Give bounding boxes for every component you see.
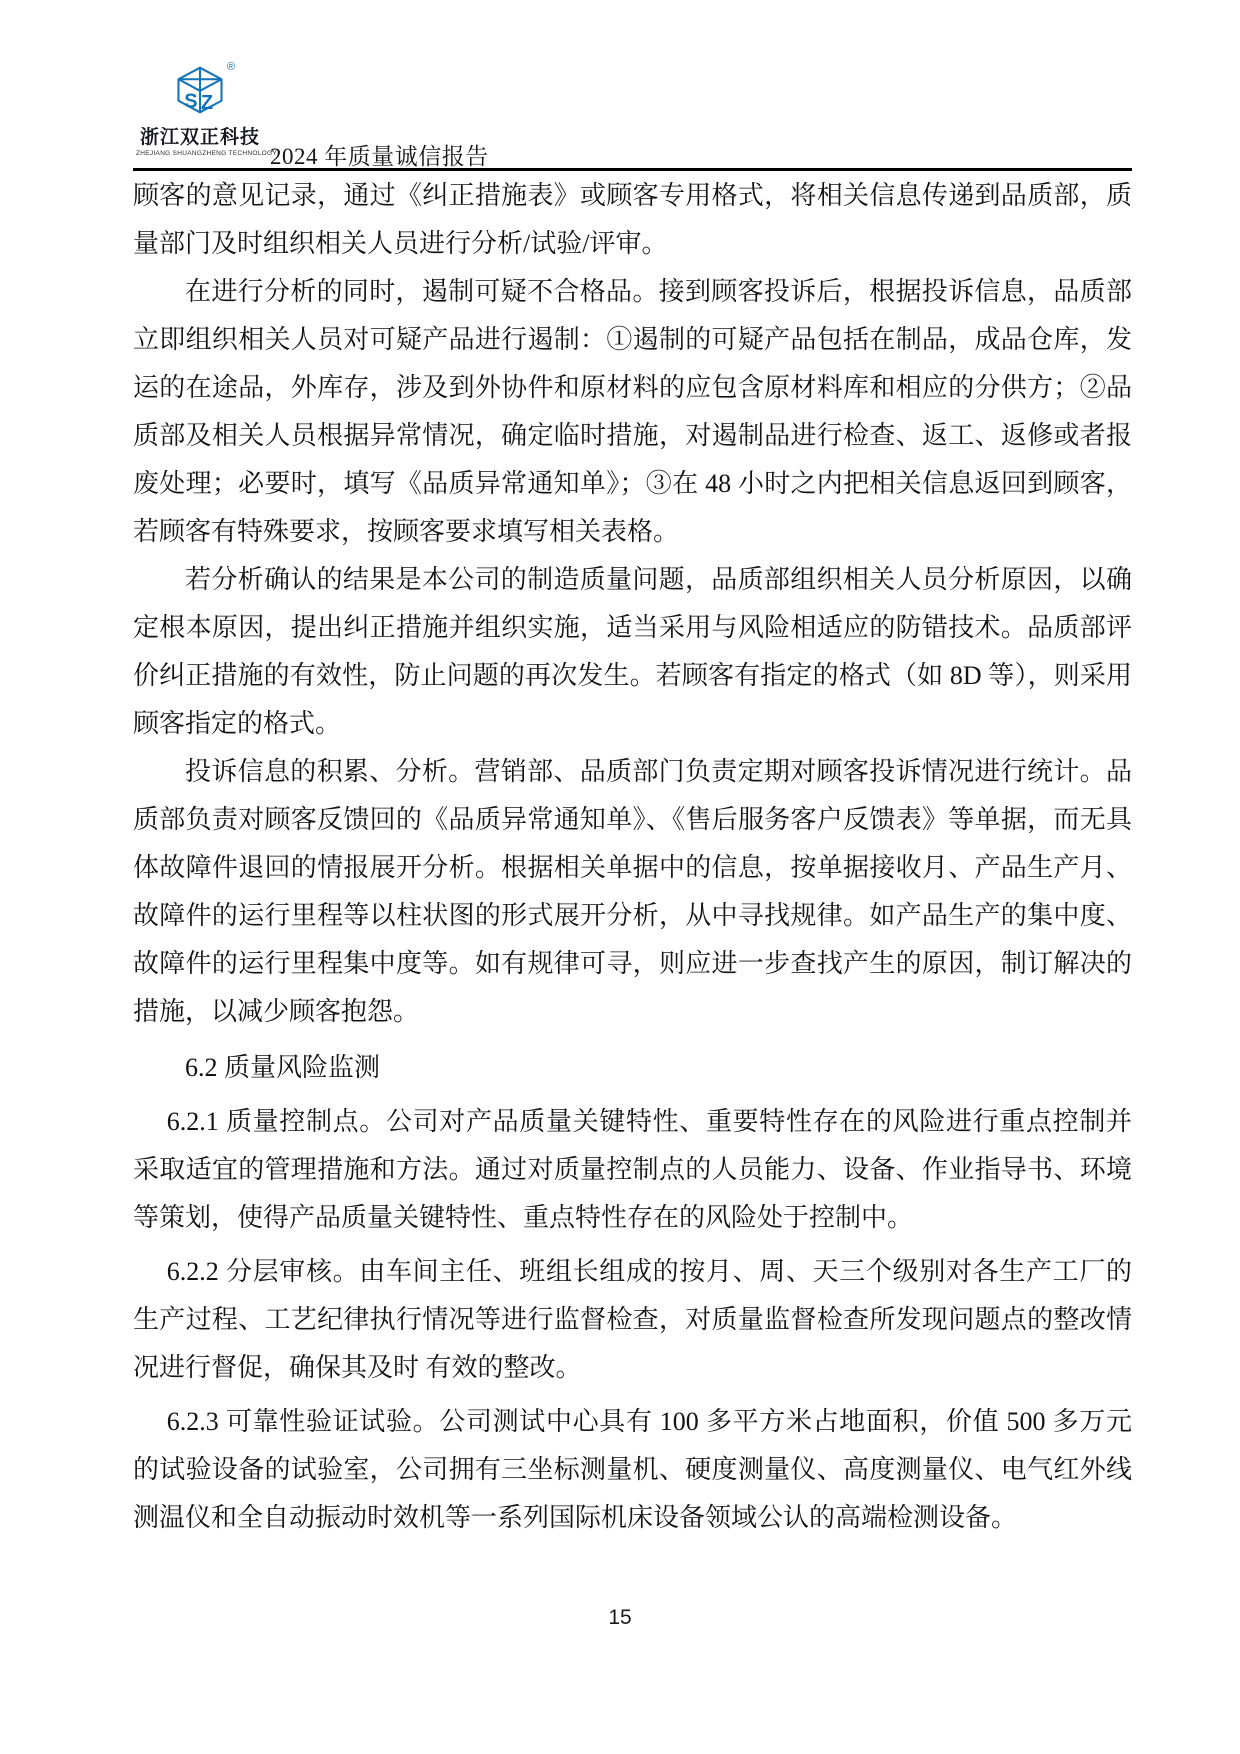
- header-divider: [133, 168, 1132, 171]
- report-title: 2024 年质量诚信报告: [270, 138, 489, 171]
- paragraph-6-2-1: 6.2.1 质量控制点。公司对产品质量关键特性、重要特性存在的风险进行重点控制并…: [133, 1098, 1132, 1242]
- section-heading-6-2: 6.2 质量风险监测: [133, 1044, 1132, 1092]
- page-number: 15: [0, 1606, 1240, 1630]
- logo-letter-s: S: [184, 90, 197, 112]
- logo-cube-icon: S Z: [175, 66, 225, 114]
- logo-letter-z: Z: [201, 92, 213, 114]
- company-logo: S Z ® 浙江双正科技 ZHEJIANG SHUANGZHENG TECHNO…: [136, 66, 264, 157]
- paragraph-containment: 在进行分析的同时，遏制可疑不合格品。接到顾客投诉后，根据投诉信息，品质部立即组织…: [133, 268, 1132, 556]
- company-name-en: ZHEJIANG SHUANGZHENG TECHNOLOGY: [136, 150, 264, 157]
- paragraph-continuation: 顾客的意见记录，通过《纠正措施表》或顾客专用格式，将相关信息传递到品质部，质量部…: [133, 172, 1132, 268]
- company-name-cn: 浙江双正科技: [136, 122, 264, 149]
- paragraph-6-2-2: 6.2.2 分层审核。由车间主任、班组长组成的按月、周、天三个级别对各生产工厂的…: [133, 1248, 1132, 1392]
- paragraph-root-cause: 若分析确认的结果是本公司的制造质量问题，品质部组织相关人员分析原因，以确定根本原…: [133, 556, 1132, 748]
- registered-trademark-icon: ®: [227, 62, 235, 73]
- logo-mark: S Z ®: [171, 66, 229, 120]
- paragraph-6-2-3: 6.2.3 可靠性验证试验。公司测试中心具有 100 多平方米占地面积，价值 5…: [133, 1398, 1132, 1542]
- document-page: S Z ® 浙江双正科技 ZHEJIANG SHUANGZHENG TECHNO…: [0, 0, 1240, 1754]
- paragraph-complaint-analysis: 投诉信息的积累、分析。营销部、品质部门负责定期对顾客投诉情况进行统计。品质部负责…: [133, 748, 1132, 1036]
- document-body: 顾客的意见记录，通过《纠正措施表》或顾客专用格式，将相关信息传递到品质部，质量部…: [133, 172, 1132, 1542]
